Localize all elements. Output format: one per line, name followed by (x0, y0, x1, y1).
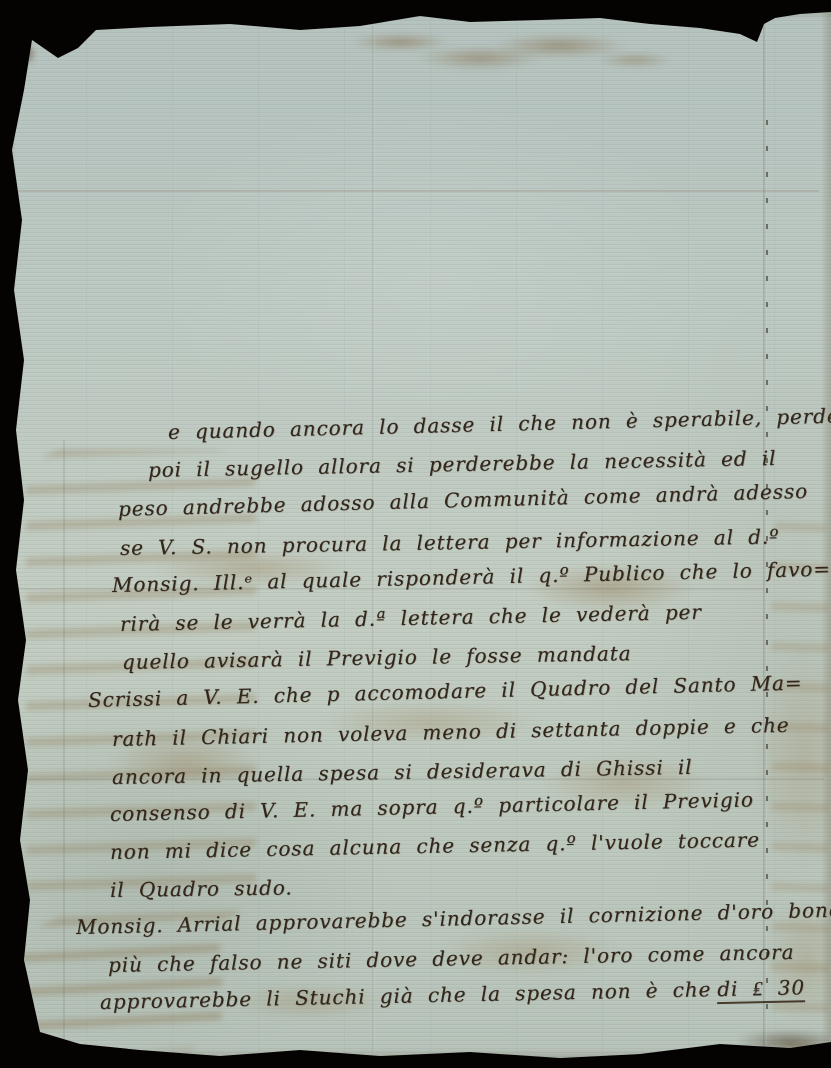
letter-page: e quando ancora lo dasse il che non è sp… (0, 0, 831, 1068)
torn-edge-browning (0, 0, 831, 1068)
manuscript-scan: e quando ancora lo dasse il che non è sp… (0, 0, 831, 1068)
